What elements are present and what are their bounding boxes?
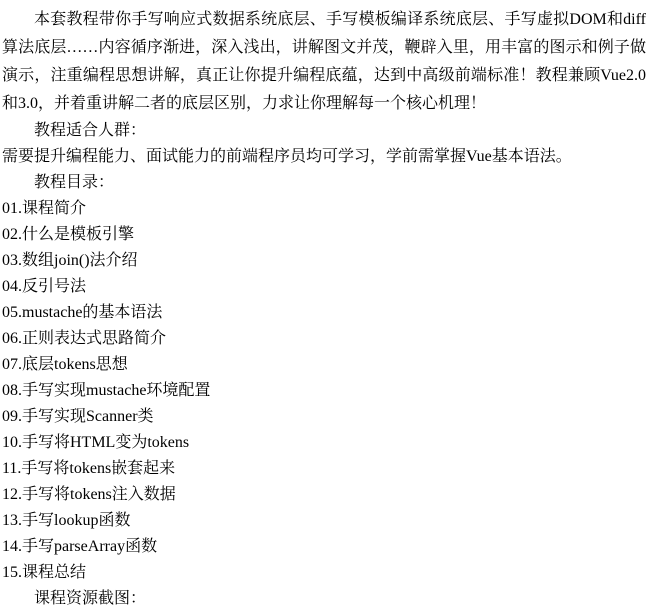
toc-item: 06.正则表达式思路简介 (2, 326, 646, 352)
audience-heading: 教程适合人群： (2, 118, 646, 144)
resources-heading: 课程资源截图： (2, 586, 646, 612)
toc-heading: 教程目录： (2, 170, 646, 196)
toc-item: 07.底层tokens思想 (2, 352, 646, 378)
toc-item: 08.手写实现mustache环境配置 (2, 378, 646, 404)
toc-item: 03.数组join()法介绍 (2, 248, 646, 274)
intro-paragraph: 本套教程带你手写响应式数据系统底层、手写模板编译系统底层、手写虚拟DOM和dif… (2, 6, 646, 118)
toc-list: 01.课程简介 02.什么是模板引擎 03.数组join()法介绍 04.反引号… (2, 196, 646, 586)
toc-item: 04.反引号法 (2, 274, 646, 300)
toc-item: 11.手写将tokens嵌套起来 (2, 456, 646, 482)
toc-item: 10.手写将HTML变为tokens (2, 430, 646, 456)
toc-item: 01.课程简介 (2, 196, 646, 222)
toc-item: 09.手写实现Scanner类 (2, 404, 646, 430)
toc-item: 05.mustache的基本语法 (2, 300, 646, 326)
toc-item: 02.什么是模板引擎 (2, 222, 646, 248)
toc-item: 13.手写lookup函数 (2, 508, 646, 534)
audience-description: 需要提升编程能力、面试能力的前端程序员均可学习，学前需掌握Vue基本语法。 (2, 144, 646, 170)
document: 本套教程带你手写响应式数据系统底层、手写模板编译系统底层、手写虚拟DOM和dif… (0, 0, 650, 614)
toc-item: 12.手写将tokens注入数据 (2, 482, 646, 508)
toc-item: 14.手写parseArray函数 (2, 534, 646, 560)
toc-item: 15.课程总结 (2, 560, 646, 586)
